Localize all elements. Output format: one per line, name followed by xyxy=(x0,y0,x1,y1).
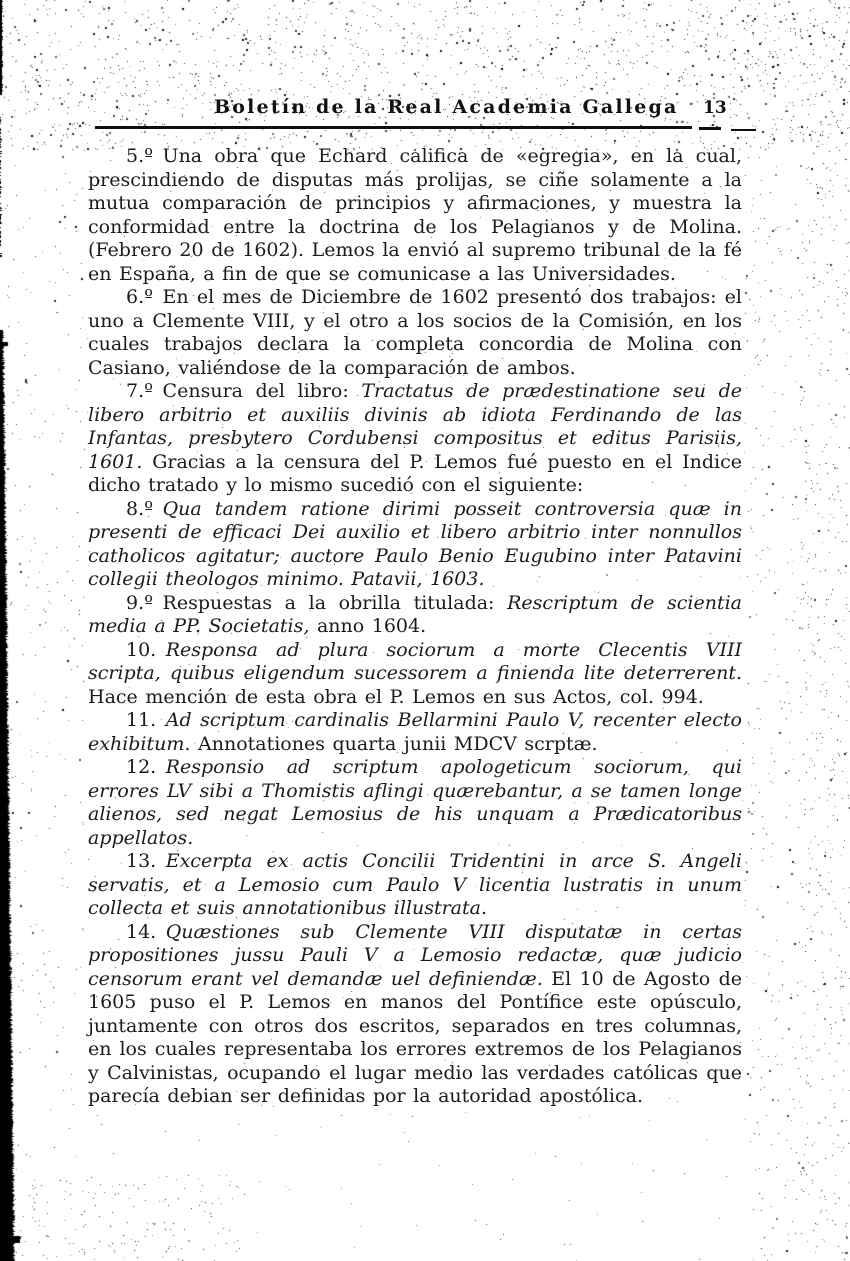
header-rule-dash-1 xyxy=(699,127,721,130)
text-run: 10. xyxy=(126,639,166,661)
text-run: Gracias a la censura del P. Lemos fué pu… xyxy=(88,451,742,497)
text-run: 12. xyxy=(126,756,166,778)
paragraph: 9.º Respuestas a la obrilla titulada: Re… xyxy=(88,592,742,639)
latin-title-run: Responsa ad plura sociorum a morte Clece… xyxy=(88,639,742,685)
text-run: Hace mención de esta obra el P. Lemos en… xyxy=(88,686,704,708)
paragraph: 8.º Qua tandem ratione dirimi posseit co… xyxy=(88,498,742,592)
latin-title-run: Excerpta ex actis Concilii Tridentini in… xyxy=(88,850,742,919)
latin-title-run: Qua tandem ratione dirimi posseit contro… xyxy=(88,498,742,591)
text-body: 5.º Una obra que Echard califica de «egr… xyxy=(88,145,742,1109)
paragraph: 14. Quæstiones sub Clemente VIII disputa… xyxy=(88,921,742,1109)
text-run: 6.º En el mes de Diciembre de 1602 prese… xyxy=(88,286,742,379)
page-number: 13 xyxy=(703,98,727,118)
header-rule-dash-2 xyxy=(731,129,756,131)
latin-title-run: Responsio ad scriptum apologeticum socio… xyxy=(88,756,742,849)
text-run: 14. xyxy=(126,921,166,943)
text-run: 7.º Censura del libro: xyxy=(126,380,361,402)
text-run: 8.º xyxy=(126,498,163,520)
scanned-page: Boletín de la Real Academia Gallega 13 5… xyxy=(0,0,850,1261)
text-run: 11. xyxy=(126,709,166,731)
header-rule xyxy=(95,126,692,129)
paragraph: 10. Responsa ad plura sociorum a morte C… xyxy=(88,639,742,710)
paragraph: 7.º Censura del libro: Tractatus de præd… xyxy=(88,380,742,498)
paragraph: 12. Responsio ad scriptum apologeticum s… xyxy=(88,756,742,850)
text-run: Annotationes quarta junii MDCV scrptæ. xyxy=(190,733,597,755)
text-run: 5.º Una obra que Echard califica de «egr… xyxy=(88,145,742,285)
paragraph: 11. Ad scriptum cardinalis Bellarmini Pa… xyxy=(88,709,742,756)
paragraph: 13. Excerpta ex actis Concilii Tridentin… xyxy=(88,850,742,921)
journal-title: Boletín de la Real Academia Gallega xyxy=(214,96,679,118)
paragraph: 5.º Una obra que Echard califica de «egr… xyxy=(88,145,742,286)
text-run: anno 1604. xyxy=(309,615,426,637)
paragraph: 6.º En el mes de Diciembre de 1602 prese… xyxy=(88,286,742,380)
text-run: 9.º Respuestas a la obrilla titulada: xyxy=(126,592,507,614)
text-run: 13. xyxy=(126,850,166,872)
